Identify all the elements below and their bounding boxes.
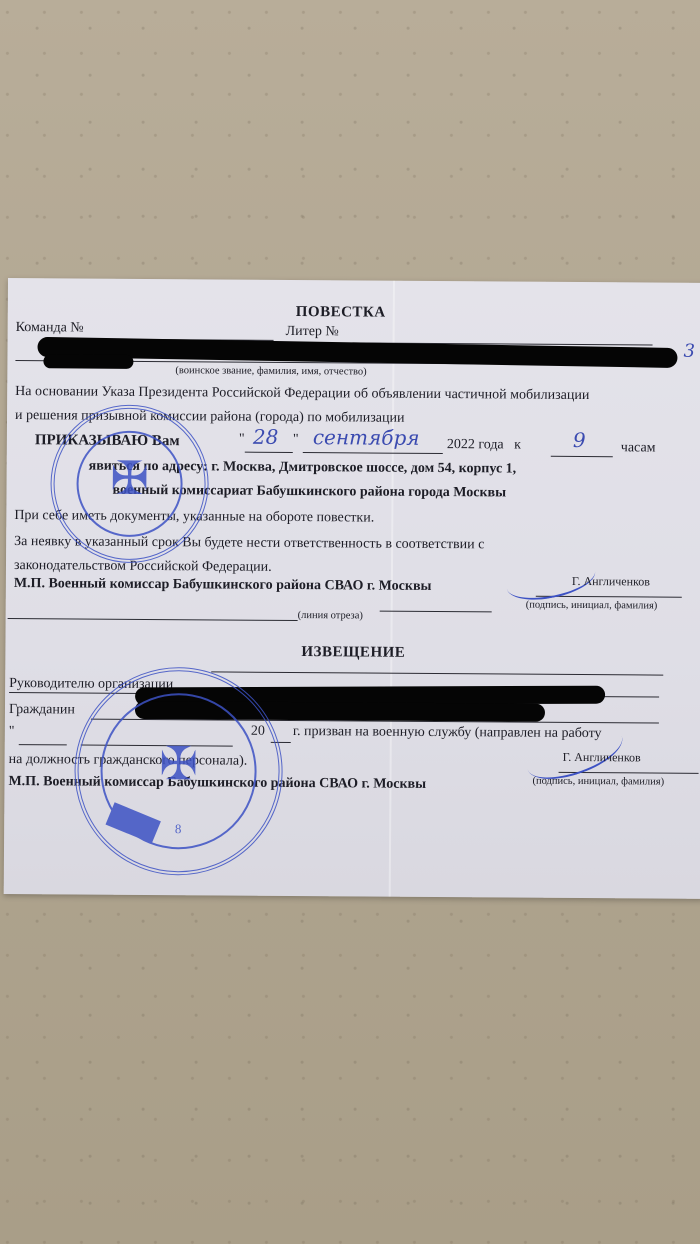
name-caption: (воинское звание, фамилия, имя, отчество… <box>175 365 366 377</box>
citizen-label: Гражданин <box>9 702 75 718</box>
notice-title: ИЗВЕЩЕНИЕ <box>301 644 405 662</box>
summons-signatory: М.П. Военный комиссар Бабушкинского райо… <box>14 576 432 595</box>
stamp-number: 8 <box>175 821 182 837</box>
official-stamp-top: ✠ <box>50 404 209 563</box>
quote-close: " <box>293 432 299 448</box>
quote-open: " <box>239 432 245 448</box>
signature-caption: (подпись, инициал, фамилия) <box>526 600 658 612</box>
basis-line-1: На основании Указа Президента Российской… <box>15 384 589 404</box>
eagle-emblem-icon: ✠ <box>110 451 149 505</box>
liter-number-label: Литер № <box>286 324 339 340</box>
summons-paper: ПОВЕСТКА Команда № Литер № 3 (воинское з… <box>4 278 700 899</box>
day-field <box>245 452 293 453</box>
year-label: 2022 года к <box>447 437 521 454</box>
redacted-name-part <box>43 354 133 369</box>
handwritten-hour: 9 <box>573 428 586 452</box>
team-number-label: Команда № <box>16 320 84 336</box>
signature-name: Г. Англиченков <box>572 574 650 590</box>
organization-field <box>211 671 663 675</box>
basis-line-2: и решения призывной комиссии района (гор… <box>15 408 405 427</box>
cut-line-right <box>380 611 492 613</box>
official-stamp-bottom: ✠ 8 <box>74 666 283 875</box>
summons-title: ПОВЕСТКА <box>296 304 386 322</box>
handwritten-name-suffix: 3 <box>683 341 695 362</box>
eagle-emblem-icon: ✠ <box>159 736 198 790</box>
month-field <box>303 452 443 454</box>
cut-line-label: (линия отреза) <box>298 610 363 621</box>
notice-signature-name: Г. Англиченков <box>563 750 641 766</box>
cut-line-left <box>8 618 298 621</box>
notice-signature-caption: (подпись, инициал, фамилия) <box>532 776 664 788</box>
handwritten-day: 28 <box>253 425 279 449</box>
hours-label: часам <box>621 440 656 456</box>
notice-day-field <box>19 744 67 745</box>
hour-field <box>551 456 613 457</box>
notice-date-open-quote: " <box>9 724 15 740</box>
handwritten-month: сентября <box>313 425 420 450</box>
